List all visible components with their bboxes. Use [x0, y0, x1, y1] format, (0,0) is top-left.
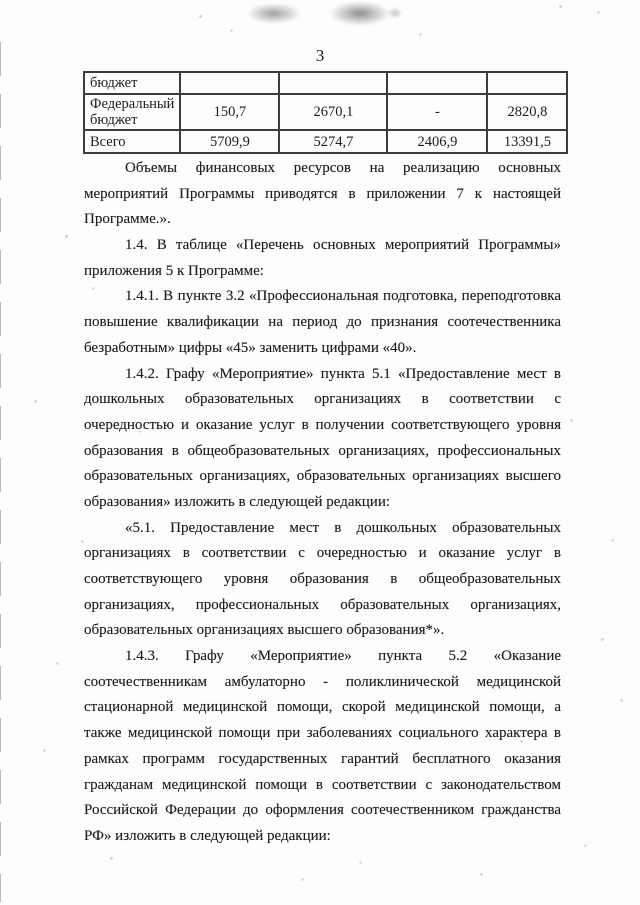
table-cell: [487, 72, 567, 94]
table-row: бюджет: [84, 72, 567, 94]
table-cell: Всего: [84, 130, 180, 153]
table-cell: 5709,9: [180, 130, 279, 153]
table-cell: 150,7: [180, 94, 279, 130]
text-line: образования в общеобразовательных органи…: [84, 439, 561, 465]
text-line: организациях, профессиональных образоват…: [84, 593, 561, 619]
document-page: 3 бюджет Федеральный бюджет 150,7 2670,1…: [0, 0, 640, 905]
text-line: мероприятий Программы приводятся в прило…: [84, 182, 561, 208]
text-line: 1.4. В таблице «Перечень основных меропр…: [84, 233, 561, 259]
text-line: очередностью и оказание услуг в получени…: [84, 413, 561, 439]
table-row: Федеральный бюджет 150,7 2670,1 - 2820,8: [84, 94, 567, 130]
budget-table: бюджет Федеральный бюджет 150,7 2670,1 -…: [83, 71, 568, 154]
scan-smudge: [246, 3, 302, 24]
text-line: Программе.».: [84, 207, 561, 233]
table-row: Всего 5709,9 5274,7 2406,9 13391,5: [84, 130, 567, 153]
text-line: Объемы финансовых ресурсов на реализацию…: [84, 156, 561, 182]
text-line: соответствующего уровня образования в об…: [84, 567, 561, 593]
table-cell: Федеральный бюджет: [84, 94, 180, 130]
text-line: «5.1. Предоставление мест в дошкольных о…: [84, 516, 561, 542]
text-line: образовательных организациях, образовате…: [84, 464, 561, 490]
text-line: соотечественникам амбулаторно - поликлин…: [84, 670, 561, 696]
table-cell: 13391,5: [487, 130, 567, 153]
table-cell: -: [387, 94, 487, 130]
text-line: стационарной медицинской помощи, скорой …: [84, 695, 561, 721]
scan-smudge: [387, 7, 403, 19]
table-cell: 5274,7: [279, 130, 387, 153]
scan-speckles: [0, 0, 1, 1]
table-cell: 2820,8: [487, 94, 567, 130]
document-body: Объемы финансовых ресурсов на реализацию…: [84, 156, 561, 850]
scan-smudge: [329, 1, 391, 26]
text-line: приложения 5 к Программе:: [84, 259, 561, 285]
text-line: рамках программ государственных гарантий…: [84, 747, 561, 773]
text-line: Российской Федерации до оформления сооте…: [84, 798, 561, 824]
text-line: гражданам медицинской помощи в соответст…: [84, 773, 561, 799]
text-line: организациях в соответствии с очередност…: [84, 541, 561, 567]
text-line: также медицинской помощи при заболевания…: [84, 721, 561, 747]
text-line: 1.4.2. Графу «Мероприятие» пункта 5.1 «П…: [84, 362, 561, 388]
text-line: образовательных организациях высшего обр…: [84, 618, 561, 644]
text-line: 1.4.1. В пункте 3.2 «Профессиональная по…: [84, 284, 561, 310]
text-line: дошкольных образовательных организациях …: [84, 387, 561, 413]
table-cell: 2670,1: [279, 94, 387, 130]
table-cell: 2406,9: [387, 130, 487, 153]
text-line: 1.4.3. Графу «Мероприятие» пункта 5.2 «О…: [84, 644, 561, 670]
text-line: образования» изложить в следующей редакц…: [84, 490, 561, 516]
table-cell: [387, 72, 487, 94]
text-line: безработным» цифры «45» заменить цифрами…: [84, 336, 561, 362]
text-line: РФ» изложить в следующей редакции:: [84, 824, 561, 850]
table-cell: [180, 72, 279, 94]
page-edge-line: [0, 42, 1, 902]
text-line: повышение квалификации на период до приз…: [84, 310, 561, 336]
table-cell: бюджет: [84, 72, 180, 94]
page-number: 3: [0, 46, 640, 66]
table-cell: [279, 72, 387, 94]
